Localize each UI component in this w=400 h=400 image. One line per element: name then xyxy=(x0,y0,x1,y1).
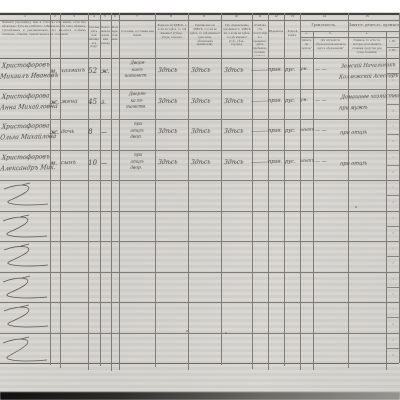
margin-number: 1 xyxy=(388,338,398,342)
margin-number: 2 xyxy=(388,139,398,143)
column-number: 6 xyxy=(110,14,120,18)
entry-estate: приотцѣдвор. xyxy=(118,121,155,142)
header-name-block: Фамилія (прозвище), имя и отчество или и… xyxy=(2,21,86,57)
entry-absence: ——— xyxy=(250,67,268,74)
entry-age: 45 xyxy=(87,97,97,105)
margin-number: 2 xyxy=(388,353,398,357)
entry-resides: Здѣсь xyxy=(223,158,244,166)
column-number: 11 xyxy=(255,14,265,18)
entry-faith: прав. xyxy=(268,158,283,164)
header-occupation-side-1: 1. Вс xyxy=(387,40,398,46)
entry-literacy: нѣтъ xyxy=(300,128,315,133)
entry-sex: м. xyxy=(49,158,58,166)
table-row: ХристофороваОльга Михайлова ж. дочь 8 — … xyxy=(0,119,400,149)
entry-absence: ——— xyxy=(250,97,268,104)
entry-registered: Здѣсь xyxy=(190,128,211,136)
entry-literacy-where: — — xyxy=(315,158,328,164)
column-number: 3 xyxy=(69,14,79,18)
header-estate: Сословіе, состояніе или званіе. xyxy=(121,30,154,52)
cancel-flourish xyxy=(0,272,52,302)
cancel-flourish xyxy=(0,180,52,210)
census-sheet-scan: 1 2 3 4 5 6 7 8 9 10 11 12 13 14 15 Фами… xyxy=(0,0,400,400)
entry-literacy: нѣтъ xyxy=(300,158,315,163)
entry-literacy: ум. xyxy=(300,67,309,72)
column-number: 14 xyxy=(319,14,329,18)
column-number: 2 xyxy=(50,14,60,18)
margin-number: 2 xyxy=(388,292,398,296)
header-resides: Гдѣ обыкновенно проживаетъ: ЗДѢСЬ ли, а … xyxy=(223,24,251,56)
margin-number: 1 xyxy=(388,155,398,159)
column-number: 7 xyxy=(132,14,142,18)
margin-number: 1 xyxy=(388,246,398,250)
entry-language: рус. xyxy=(285,128,296,134)
header-occupation-side-2: 2. Вс xyxy=(387,49,398,55)
margin-number: 2 xyxy=(388,261,398,265)
cancel-flourish xyxy=(0,211,52,241)
margin-number: 2 xyxy=(388,231,398,235)
scan-speck xyxy=(186,330,188,332)
header-age: Сколько лѣтъ или мѣсяцевъ отъ роду. xyxy=(89,26,99,56)
margin-number: 1 xyxy=(388,216,398,220)
column-number: 9 xyxy=(199,14,209,18)
entry-estate: Дворян-ка по-томств. xyxy=(118,90,155,111)
entry-resides: Здѣсь xyxy=(223,67,244,75)
entry-language: рус. xyxy=(285,67,296,73)
entry-faith: прав. xyxy=(268,97,283,103)
table-row-empty: 1 2 xyxy=(0,180,400,210)
entry-marital: з. xyxy=(100,98,106,105)
cancel-flourish xyxy=(0,241,52,271)
entry-occupation: при отцѣ xyxy=(339,158,368,169)
entry-faith: прав. xyxy=(268,67,283,73)
entry-estate: приотцѣдвор. xyxy=(118,151,155,172)
header-sex: Полъ: муж. или жен. xyxy=(112,26,118,56)
entry-born: Здѣсь xyxy=(157,67,178,75)
scan-edge-shadow xyxy=(0,392,400,400)
header-literacy-b: гдѣ обучается, обучался или кончилъ курс… xyxy=(315,39,346,57)
table-row-empty: 1 2 xyxy=(0,302,400,332)
table-row-empty: 1 2 xyxy=(0,333,400,363)
margin-number: 1 xyxy=(388,63,398,67)
header-marital: Холостъ, женатъ, вдовъ или разведенъ. xyxy=(101,26,110,56)
header-occupation-main: Главное, то есть то, которое доставляетъ… xyxy=(350,39,384,57)
header-literacy-a: умѣетъ ли читать? xyxy=(301,39,312,57)
column-number: 10 xyxy=(231,14,241,18)
entry-literacy-where: — — xyxy=(315,128,328,134)
entry-age: 10 xyxy=(87,158,97,166)
entry-language: рус. xyxy=(285,97,296,103)
entry-age: 52 xyxy=(87,67,97,75)
margin-number: 1 xyxy=(388,307,398,311)
margin-number: 2 xyxy=(388,170,398,174)
entry-born: Здѣсь xyxy=(157,97,178,105)
column-number: 5 xyxy=(100,14,110,18)
scan-speck xyxy=(225,332,227,334)
table-row-empty: 1 2 xyxy=(0,241,400,271)
entry-born: Здѣсь xyxy=(157,158,178,166)
entry-marital: — xyxy=(100,159,107,166)
entry-relation: дочь xyxy=(61,129,75,135)
entry-literacy-where: — — xyxy=(315,97,328,103)
entry-relation: хозяинъ xyxy=(60,68,85,75)
entry-literacy: ум. xyxy=(300,97,309,102)
entry-estate: Дворя-нинъпотомст. xyxy=(118,60,155,81)
header-literacy-a-mark: а. xyxy=(301,32,312,36)
entry-absence: ——— xyxy=(250,158,268,165)
entry-resides: Здѣсь xyxy=(223,97,244,105)
margin-number: 2 xyxy=(388,322,398,326)
entry-sex: ж. xyxy=(49,128,60,136)
entry-sex: ж. xyxy=(49,97,60,105)
scan-speck xyxy=(355,206,357,208)
column-number: 8 xyxy=(166,14,176,18)
entry-literacy-where: — — xyxy=(315,67,328,73)
margin-number: 2 xyxy=(388,109,398,113)
header-occupation-main-mark: а. xyxy=(349,32,385,36)
header-language: Родной языкъ. xyxy=(286,30,299,52)
entry-marital: ж. xyxy=(100,68,110,75)
header-absence: Отмѣтка объ отсутствующихъ и о временно … xyxy=(253,24,267,56)
margin-number: 1 xyxy=(388,277,398,281)
entry-resides: Здѣсь xyxy=(223,128,244,136)
column-number: 4 xyxy=(89,14,99,18)
margin-number: 2 xyxy=(388,200,398,204)
entry-born: Здѣсь xyxy=(157,128,178,136)
header-literacy-b-mark: б. xyxy=(314,32,347,36)
table-row: ХристофоровъАлександръ Мих. м. сынъ 10 —… xyxy=(0,150,400,180)
table-row-empty: 1 2 xyxy=(0,272,400,302)
entry-relation: жена xyxy=(61,98,78,104)
margin-number: 1 xyxy=(388,124,398,128)
entry-age: 8 xyxy=(87,128,93,136)
header-registered: Приписанъ ли ЗДѢСЬ, а если не здѣсь, то … xyxy=(190,24,220,56)
entry-marital: — xyxy=(100,129,107,136)
column-number: 13 xyxy=(287,14,297,18)
entry-faith: прав. xyxy=(268,128,283,134)
table-row: ХристофоровъМихаилъ Ивановъ м. хозяинъ 5… xyxy=(0,58,400,88)
entry-registered: Здѣсь xyxy=(190,158,211,166)
entry-language: рус. xyxy=(285,158,296,164)
margin-number: 2 xyxy=(388,78,398,82)
column-number: 12 xyxy=(271,14,281,18)
header-faith: Вѣроисповѣданіе. xyxy=(269,30,283,52)
margin-number: 1 xyxy=(388,185,398,189)
table-row-empty: 1 2 xyxy=(0,211,400,241)
table-row: ХристофороваАнна Михайловна ж. жена 45 з… xyxy=(0,89,400,119)
cancel-flourish xyxy=(0,302,52,332)
cancel-flourish xyxy=(0,333,52,367)
entry-occupation: при отцѣ xyxy=(339,128,368,139)
entry-relation: сынъ xyxy=(61,159,77,165)
column-number: 15 xyxy=(362,14,372,18)
margin-number: 1 xyxy=(388,94,398,98)
entry-absence: ——— xyxy=(250,128,268,135)
header-born: Родился ли ЗДѢСЬ, а если не здѣсь, то гд… xyxy=(157,24,187,56)
header-literacy-group: Грамотность. xyxy=(300,23,348,27)
header-occupation-group: Занятіе, ремесло, промыселъ, долж xyxy=(349,23,399,27)
entry-sex: м. xyxy=(49,67,58,75)
entry-registered: Здѣсь xyxy=(190,97,211,105)
entry-registered: Здѣсь xyxy=(190,67,211,75)
column-number: 1 xyxy=(20,14,30,18)
